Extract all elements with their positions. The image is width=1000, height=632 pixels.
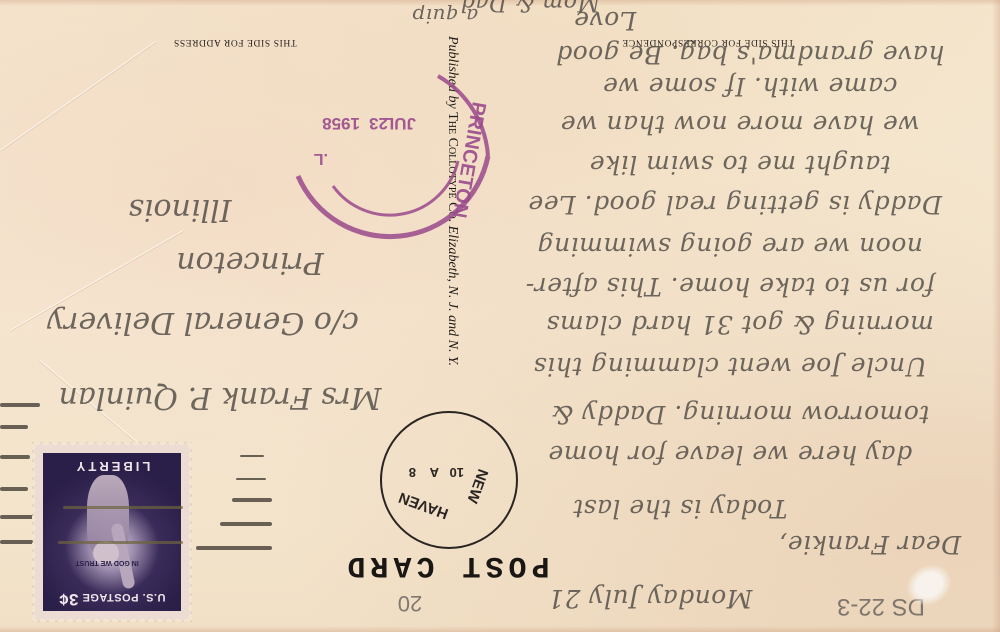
- postage-stamp: LIBERTY IN GOD WE TRUST U.S. POSTAGE 3¢: [33, 443, 191, 621]
- princeton-postmark: PRINCETON JUL 23 1958 .L: [288, 66, 498, 246]
- card-edge-bottom: [0, 626, 1000, 632]
- address-side-label: THIS SIDE FOR ADDRESS: [120, 37, 350, 47]
- message-postscript: a quip: [400, 4, 490, 28]
- message-line: Monday July 21: [530, 584, 770, 613]
- new-haven-town-text: HAVEN: [396, 489, 450, 523]
- stamp-image: LIBERTY IN GOD WE TRUST U.S. POSTAGE 3¢: [43, 453, 181, 611]
- new-haven-postmark: NEW HAVEN 10 A 8: [374, 408, 524, 552]
- new-haven-line3: 8: [409, 465, 416, 480]
- message-line: day here we leave for home: [470, 440, 990, 469]
- message-line: noon we are going swimming: [470, 232, 990, 261]
- princeton-day: 23: [369, 114, 388, 133]
- new-haven-town-text: NEW: [463, 467, 491, 506]
- new-haven-line2: A: [429, 465, 439, 480]
- message-line: came with. If some we: [520, 72, 980, 101]
- address-line-3: Princeton: [150, 245, 350, 280]
- stamp-motto: IN GOD WE TRUST: [67, 559, 147, 566]
- princeton-year: 1958: [322, 114, 360, 133]
- postcard-back: THIS SIDE FOR ADDRESS THIS SIDE FOR CORR…: [0, 0, 1000, 632]
- stamp-value: 3¢: [59, 590, 79, 609]
- stamp-top-text: LIBERTY: [43, 459, 181, 474]
- message-line: Today is the last: [540, 494, 820, 523]
- address-line-2: c/o General Delivery: [28, 305, 378, 340]
- paper-crease: [0, 41, 156, 151]
- message-line: tomorrow morning. Daddy &: [480, 400, 1000, 429]
- stamp-bottom-text: U.S. POSTAGE: [82, 591, 165, 603]
- princeton-state: .L: [314, 150, 328, 167]
- message-line: Daddy is getting real good. Lee: [480, 190, 990, 219]
- message-line: taught me to swim like: [500, 150, 980, 179]
- post-card-title: POST CARD: [296, 548, 596, 582]
- price-note: 20: [380, 590, 440, 616]
- message-line: Uncle Joe went clamming this: [470, 352, 990, 381]
- message-line: morning & got 31 hard clams: [480, 310, 1000, 339]
- stamp-denomination: U.S. POSTAGE 3¢: [43, 589, 181, 609]
- message-line: for us to take home. This after-: [470, 272, 990, 301]
- message-line: we have more now than we: [500, 110, 980, 139]
- new-haven-line1: 10: [450, 465, 464, 480]
- message-line: Dear Frankie,: [760, 530, 980, 559]
- address-line-1: Mrs Frank P. Quinlan: [30, 380, 410, 415]
- address-line-4: Illinois: [90, 192, 270, 227]
- publisher-location: Elizabeth, N. J. and N. Y.: [445, 226, 460, 366]
- message-line: have grandma's bag. Be good: [520, 40, 980, 69]
